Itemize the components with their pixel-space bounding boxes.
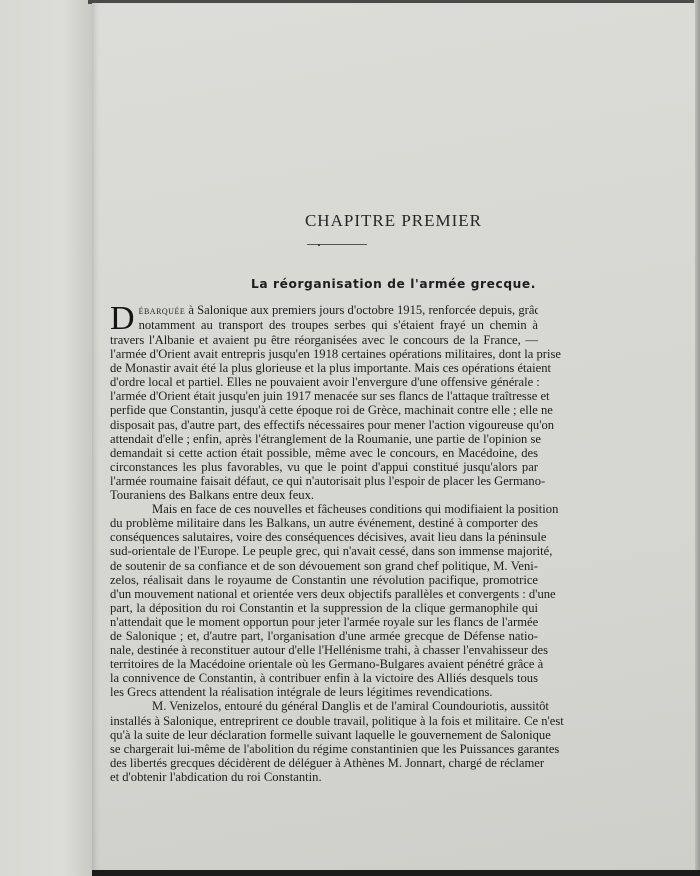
text-line: installés à Salonique, entreprirent ce d… — [110, 714, 538, 728]
text-line: sud-orientale de l'Europe. Le peuple gre… — [110, 544, 538, 558]
section-title: La réorganisation de l'armée grecque. — [92, 277, 695, 291]
facing-left-page — [0, 0, 93, 876]
chapter-title: CHAPITRE PREMIER — [92, 211, 695, 231]
text-line: l'armée roumaine faisait défaut, ce qui … — [110, 474, 538, 488]
text-line: l'armée d'Orient avait entrepris jusqu'e… — [110, 347, 538, 361]
text-line: attendait d'elle ; enfin, après l'étrang… — [110, 432, 538, 446]
text-line: disposait pas, d'autre part, des effecti… — [110, 418, 538, 432]
text-line: M. Venizelos, entouré du général Danglis… — [110, 699, 538, 713]
text-line: de Monastir avait été la plus glorieuse … — [110, 361, 538, 375]
text-line: d'un mouvement national et orientée vers… — [110, 587, 538, 601]
text-line: Touraniens des Balkans entre deux feux. — [110, 488, 538, 502]
text-line: d'ordre local et partiel. Elles ne pouva… — [110, 375, 538, 389]
text-line: qu'à la suite de leur déclaration formel… — [110, 728, 538, 742]
text-line: travers l'Albanie et avaient pu être réo… — [110, 333, 538, 347]
book-page: CHAPITRE PREMIER La réorganisation de l'… — [92, 3, 695, 870]
text-line: les Grecs attendent la réalisation intég… — [110, 685, 538, 699]
bottom-shadow-edge — [92, 870, 700, 876]
text-line: notamment au transport des troupes serbe… — [110, 318, 538, 332]
text-line: nale, destinée à reconstituer autour d'e… — [110, 643, 538, 657]
text-line: se chargerait lui-même de l'abolition du… — [110, 742, 538, 756]
body-text: D ébarquée à Salonique aux premiers jour… — [110, 303, 538, 784]
text-line: des libertés grecques décidèrent de délé… — [110, 756, 538, 770]
text-line: l'armée d'Orient était jusqu'en juin 191… — [110, 389, 538, 403]
text-line: perfide que Constantin, jusqu'à cette ép… — [110, 403, 538, 417]
text-line: demandait si cette action était possible… — [110, 446, 538, 460]
text-line: de Salonique ; et, d'autre part, l'organ… — [110, 629, 538, 643]
text-line: part, la déposition du roi Constantin et… — [110, 601, 538, 615]
paragraph-1: D ébarquée à Salonique aux premiers jour… — [110, 303, 538, 333]
text-line: circonstances les plus favorables, vu qu… — [110, 460, 538, 474]
text-line: et d'obtenir l'abdication du roi Constan… — [110, 770, 538, 784]
chapter-ornament-rule — [307, 244, 367, 245]
text-line: ébarquée à Salonique aux premiers jours … — [110, 303, 538, 318]
text-line: Mais en face de ces nouvelles et fâcheus… — [110, 502, 538, 516]
text-line: zelos, réalisait dans le royaume de Cons… — [110, 573, 538, 587]
text-line: de soutenir de sa confiance et de son dé… — [110, 559, 538, 573]
text-line: la connivence de Constantin, à contribue… — [110, 671, 538, 685]
chapter-ornament-dot — [318, 244, 320, 246]
drop-cap: D — [110, 305, 135, 333]
text-line: conséquences salutaires, voire des consé… — [110, 530, 538, 544]
text-line: territoires de la Macédoine orientale où… — [110, 657, 538, 671]
text-line: du problème militaire dans les Balkans, … — [110, 516, 538, 530]
text-line: n'attendait que le moment opportun pour … — [110, 615, 538, 629]
dropcap-smallcaps: ébarquée — [139, 305, 186, 317]
